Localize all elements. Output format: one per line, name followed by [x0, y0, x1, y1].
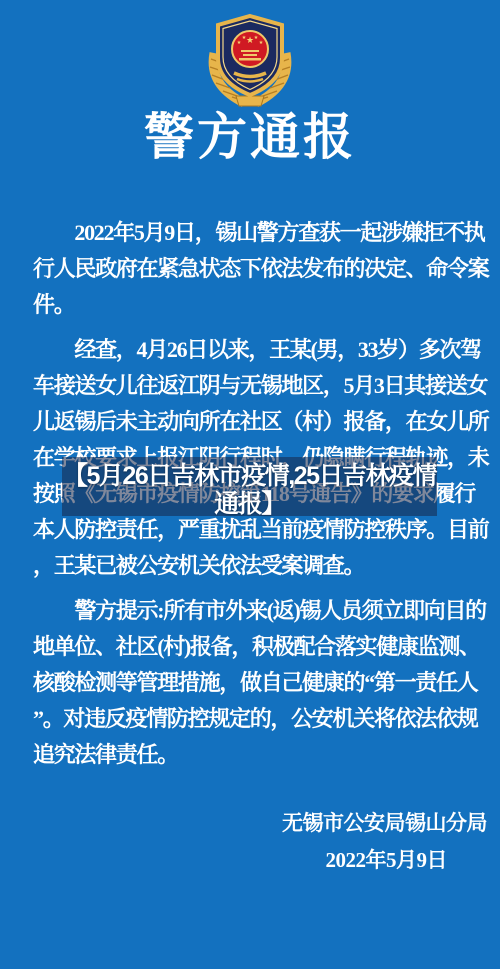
issuer-name: 无锡市公安局锡山分局: [0, 805, 500, 842]
notice-paragraph-1: 2022年5月9日，锡山警方查获一起涉嫌拒不执 行人民政府在紧急状态下依法发布的…: [33, 215, 489, 323]
notice-paragraph-3: 警方提示:所有市外来(返)锡人员须立即向目的 地单位、社区(村)报备，积极配合落…: [33, 593, 489, 773]
china-police-badge-icon: ★ ★ ★ ★ ★: [204, 13, 296, 108]
badge-container: ★ ★ ★ ★ ★: [0, 0, 500, 106]
issue-date: 2022年5月9日: [0, 842, 500, 879]
police-notice-page: ★ ★ ★ ★ ★ 警方通报 2022年5月9日，锡山警方查获一起涉嫌拒不执 行…: [0, 0, 500, 969]
signature-block: 无锡市公安局锡山分局 2022年5月9日: [0, 805, 500, 879]
notice-title: 警方通报: [0, 110, 500, 164]
caption-overlay: 【5月26日吉林市疫情,25日吉林疫情 通报】: [62, 457, 437, 516]
svg-text:★: ★: [242, 35, 247, 41]
svg-text:★: ★: [259, 40, 264, 46]
